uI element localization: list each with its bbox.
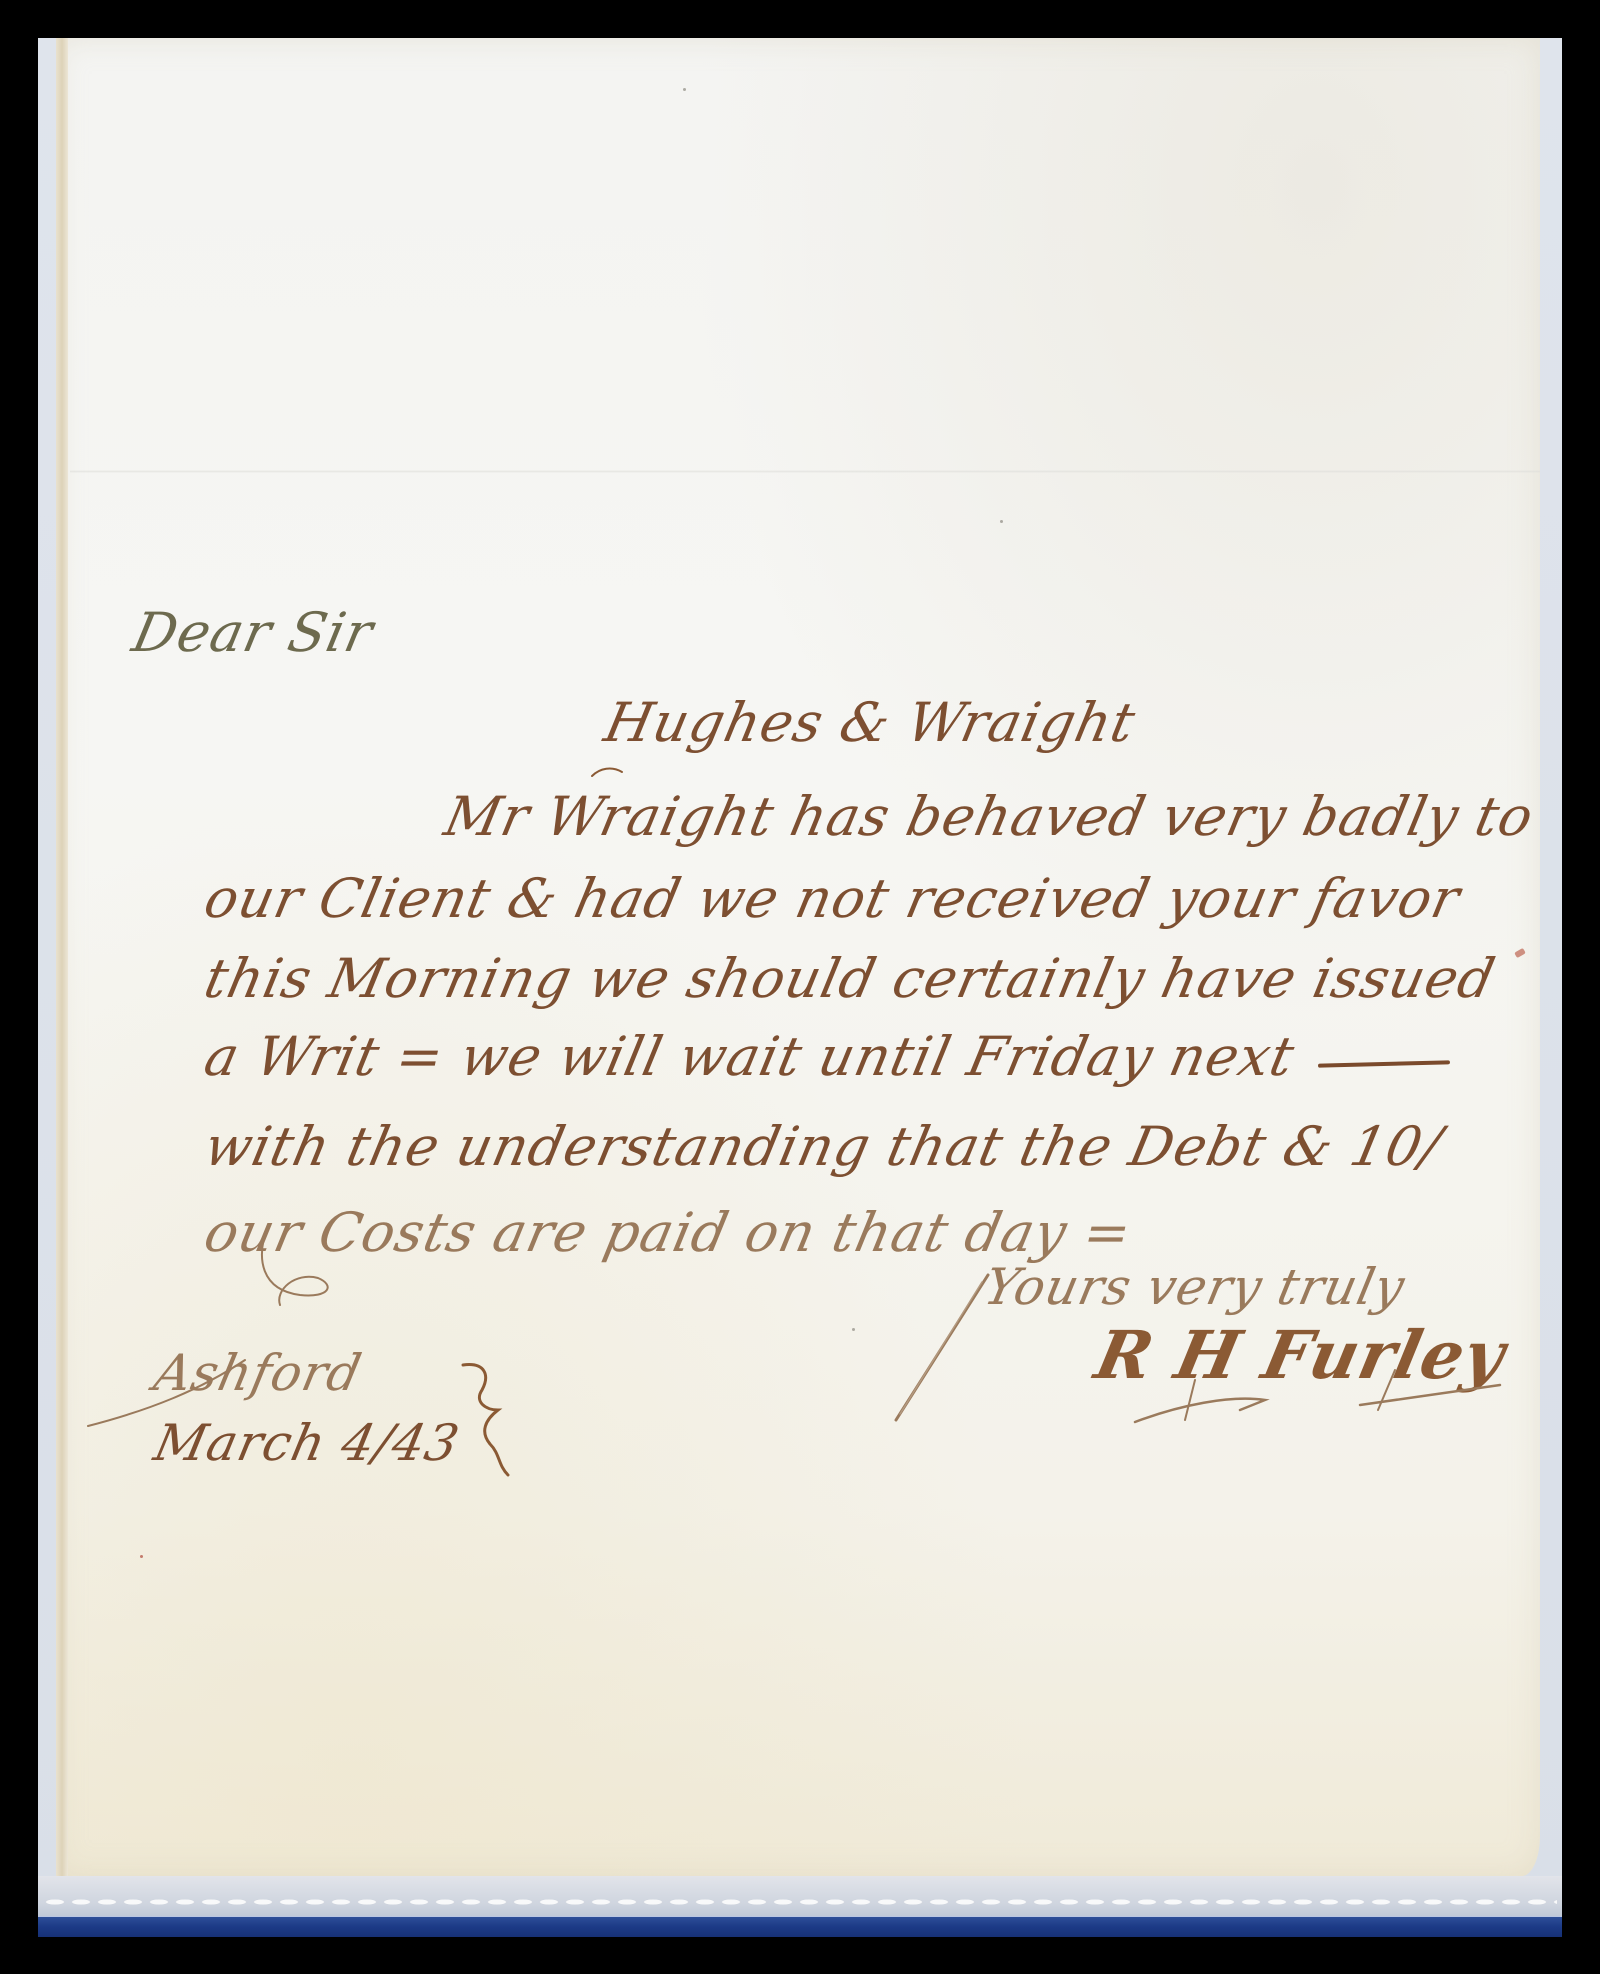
signature: R H Furley xyxy=(1090,1322,1511,1388)
paper-speck xyxy=(140,1555,143,1558)
sleeve-blue-band xyxy=(38,1916,1562,1937)
paper-speck xyxy=(1000,520,1003,523)
body-line-6: our Costs are paid on that day = xyxy=(200,1206,1136,1260)
letter-date: March 4/43 xyxy=(150,1418,464,1468)
paper-fold-line xyxy=(70,470,1540,473)
letter-subject: Hughes & Wraight xyxy=(600,696,1140,750)
paper-left-edge xyxy=(56,38,68,1876)
body-line-5: with the understanding that the Debt & 1… xyxy=(200,1120,1447,1174)
sleeve-perforations xyxy=(42,1896,1557,1908)
place-name: Ashford xyxy=(150,1348,366,1398)
body-line-2: our Client & had we not received your fa… xyxy=(200,872,1465,926)
paper-speck xyxy=(852,1328,855,1331)
body-line-4: a Writ = we will wait until Friday next xyxy=(200,1030,1299,1084)
paper-speck xyxy=(683,88,686,91)
salutation: Dear Sir xyxy=(128,606,378,660)
body-line-1: Mr Wraight has behaved very badly to xyxy=(440,790,1538,844)
closing: Yours very truly xyxy=(980,1262,1409,1312)
body-line-3: this Morning we should certainly have is… xyxy=(200,952,1500,1006)
